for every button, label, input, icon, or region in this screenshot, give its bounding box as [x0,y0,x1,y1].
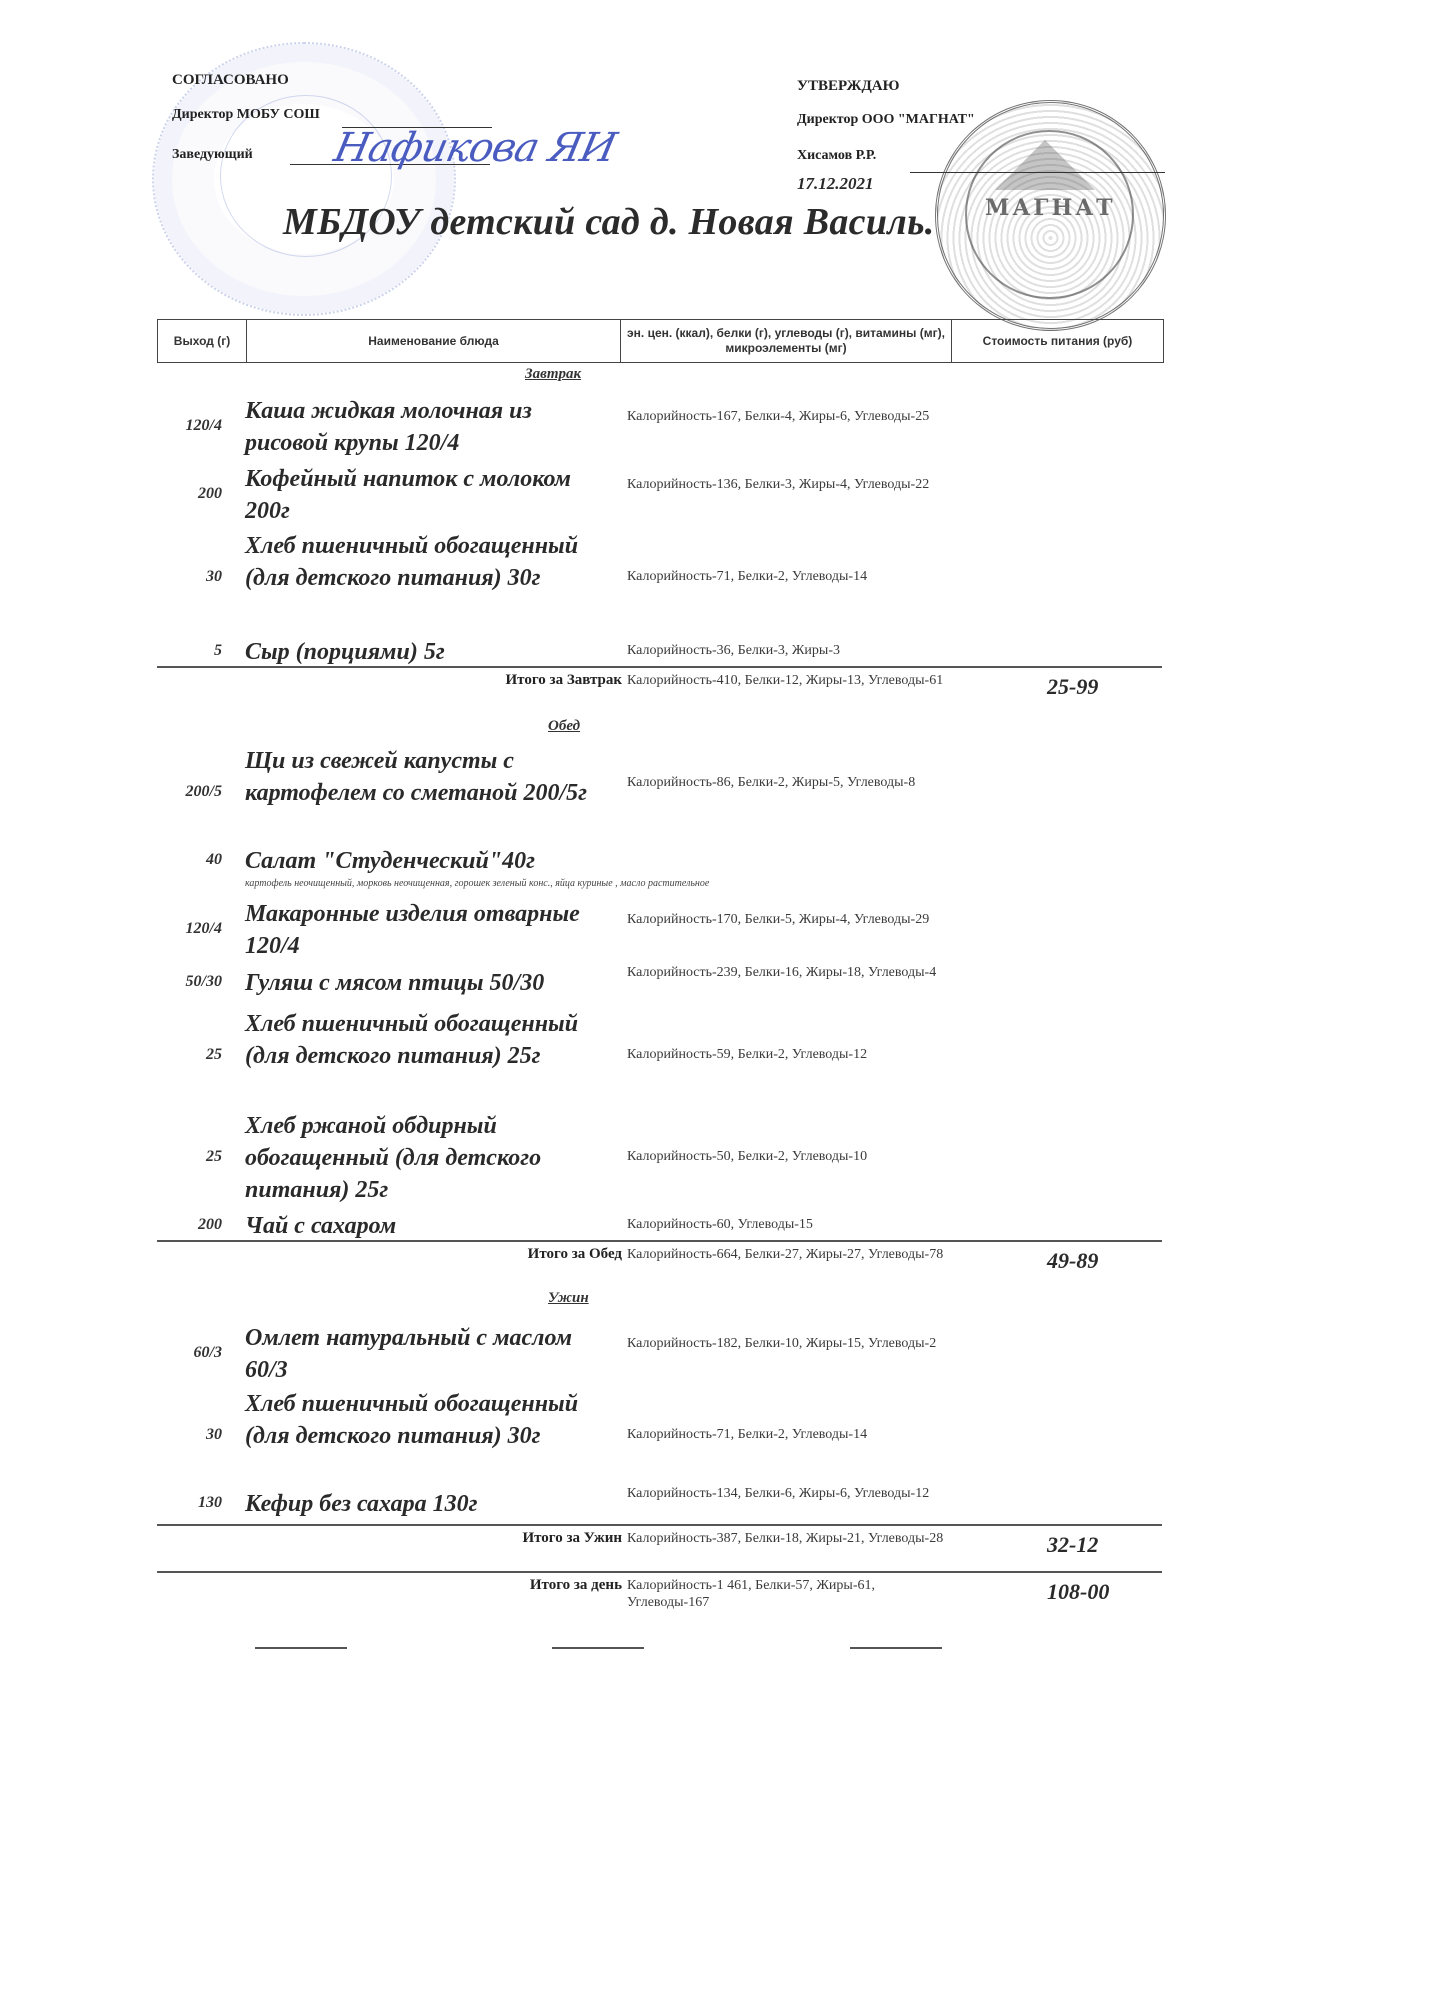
table-row: 30Хлеб пшеничный обогащенный (для детско… [157,530,1162,626]
day-total-row: Итого за деньКалорийность-1 461, Белки-5… [157,1577,1162,1617]
dish-yield: 60/3 [157,1344,222,1362]
section-divider [157,1240,1162,1242]
dish-nutrition: Калорийность-86, Белки-2, Жиры-5, Углево… [627,774,947,791]
dish-ingredients-note: картофель неочищенный, морковь неочищенн… [245,878,709,889]
section-total-nutrition: Калорийность-410, Белки-12, Жиры-13, Угл… [627,672,947,689]
footer-signature-line-3 [850,1647,942,1649]
dish-nutrition: Калорийность-182, Белки-10, Жиры-15, Угл… [627,1335,947,1352]
dish-nutrition: Калорийность-134, Белки-6, Жиры-6, Углев… [627,1485,947,1502]
table-row: 30Хлеб пшеничный обогащенный (для детско… [157,1388,1162,1484]
section-total-label: Итого за Обед [528,1246,622,1263]
section-total-nutrition: Калорийность-387, Белки-18, Жиры-21, Угл… [627,1530,947,1547]
dish-nutrition: Калорийность-50, Белки-2, Углеводы-10 [627,1148,947,1165]
dish-yield: 120/4 [157,920,222,938]
dish-name: Кофейный напиток с молоком 200г [245,463,615,527]
table-header: Выход (г) Наименование блюда эн. цен. (к… [157,319,1164,363]
dish-yield: 200 [157,485,222,503]
section-divider [157,666,1162,668]
handwritten-signature: Нафикова ЯИ [330,125,620,171]
section-total-cost: 32-12 [1047,1532,1098,1558]
section-total-row: Итого за УжинКалорийность-387, Белки-18,… [157,1530,1162,1570]
dish-yield: 40 [157,851,222,869]
section-total-label: Итого за Завтрак [506,672,622,689]
dish-name: Сыр (порциями) 5г [245,636,615,668]
section-total-row: Итого за ЗавтракКалорийность-410, Белки-… [157,672,1162,712]
table-row: 120/4Макаронные изделия отварные 120/4Ка… [157,898,1162,962]
dish-name: Каша жидкая молочная из рисовой крупы 12… [245,395,615,459]
section-divider [157,1524,1162,1526]
approval-right-heading: УТВЕРЖДАЮ [797,78,900,95]
day-total-nutrition: Калорийность-1 461, Белки-57, Жиры-61, У… [627,1577,947,1611]
dish-yield: 200/5 [157,783,222,801]
col-header-cost: Стоимость питания (руб) [952,320,1163,362]
dish-name: Гуляш с мясом птицы 50/30 [245,967,615,999]
table-row: 200Кофейный напиток с молоком 200гКалори… [157,463,1162,527]
table-row: 60/3Омлет натуральный с маслом 60/3Калор… [157,1322,1162,1386]
stamp-mountain-icon [995,140,1095,190]
dish-name: Хлеб пшеничный обогащенный (для детского… [245,1008,615,1072]
dish-name: Кефир без сахара 130г [245,1488,615,1520]
dish-nutrition: Калорийность-167, Белки-4, Жиры-6, Углев… [627,408,947,425]
dish-name: Щи из свежей капусты с картофелем со сме… [245,745,615,809]
dish-name: Чай с сахаром [245,1210,615,1242]
dish-name: Хлеб ржаной обдирный обогащенный (для де… [245,1110,615,1206]
dish-name: Хлеб пшеничный обогащенный (для детского… [245,530,615,594]
table-row: 5Сыр (порциями) 5гКалорийность-36, Белки… [157,636,1162,668]
dish-yield: 30 [157,1426,222,1444]
approval-right-name: Хисамов Р.Р. [797,148,876,164]
dish-yield: 50/30 [157,973,222,991]
dish-yield: 25 [157,1046,222,1064]
dish-name: Омлет натуральный с маслом 60/3 [245,1322,615,1386]
approval-right-position: Директор ООО "МАГНАТ" [797,112,975,128]
section-total-label: Итого за Ужин [522,1530,622,1547]
col-header-nutrition: эн. цен. (ккал), белки (г), углеводы (г)… [621,320,952,362]
dish-yield: 30 [157,568,222,586]
dish-nutrition: Калорийность-71, Белки-2, Углеводы-14 [627,1426,947,1443]
dish-nutrition: Калорийность-170, Белки-5, Жиры-4, Углев… [627,911,947,928]
footer-signature-line-2 [552,1647,644,1649]
approval-date: 17.12.2021 [797,174,874,194]
approval-left-position: Директор МОБУ СОШ [172,107,320,123]
section-title: Обед [548,718,580,735]
table-row: 25Хлеб ржаной обдирный обогащенный (для … [157,1110,1162,1206]
section-total-cost: 49-89 [1047,1248,1098,1274]
day-total-label: Итого за день [530,1577,622,1594]
section-total-cost: 25-99 [1047,674,1098,700]
section-total-row: Итого за ОбедКалорийность-664, Белки-27,… [157,1246,1162,1286]
day-divider [157,1571,1162,1573]
page-title: МБДОУ детский сад д. Новая Василь. [283,200,935,244]
table-row: 200Чай с сахаромКалорийность-60, Углевод… [157,1210,1162,1242]
dish-nutrition: Калорийность-239, Белки-16, Жиры-18, Угл… [627,964,947,981]
section-title: Ужин [548,1290,589,1307]
table-row: 120/4Каша жидкая молочная из рисовой кру… [157,395,1162,459]
footer-signature-line-1 [255,1647,347,1649]
dish-nutrition: Калорийность-59, Белки-2, Углеводы-12 [627,1046,947,1063]
approval-left-heading: СОГЛАСОВАНО [172,72,289,89]
dish-nutrition: Калорийность-136, Белки-3, Жиры-4, Углев… [627,476,947,493]
dish-yield: 5 [157,642,222,660]
table-row: 130Кефир без сахара 130гКалорийность-134… [157,1488,1162,1520]
signature-line-3 [910,172,1165,173]
dish-nutrition: Калорийность-71, Белки-2, Углеводы-14 [627,568,947,585]
table-row: 200/5Щи из свежей капусты с картофелем с… [157,745,1162,841]
section-title: Завтрак [525,366,581,383]
dish-yield: 120/4 [157,417,222,435]
dish-nutrition: Калорийность-60, Углеводы-15 [627,1216,947,1233]
table-row: 40Салат "Студенческий"40г [157,845,1162,877]
dish-nutrition: Калорийность-36, Белки-3, Жиры-3 [627,642,947,659]
col-header-dish: Наименование блюда [247,320,621,362]
day-total-cost: 108-00 [1047,1579,1109,1605]
dish-name: Салат "Студенческий"40г [245,845,615,877]
dish-yield: 200 [157,1216,222,1234]
col-header-yield: Выход (г) [158,320,247,362]
stamp-text: МАГНАТ [985,195,1110,221]
dish-name: Макаронные изделия отварные 120/4 [245,898,615,962]
dish-name: Хлеб пшеничный обогащенный (для детского… [245,1388,615,1452]
table-row: 50/30Гуляш с мясом птицы 50/30Калорийнос… [157,967,1162,999]
dish-yield: 25 [157,1148,222,1166]
approval-left-role: Заведующий [172,147,253,163]
table-row: 25Хлеб пшеничный обогащенный (для детско… [157,1008,1162,1104]
section-total-nutrition: Калорийность-664, Белки-27, Жиры-27, Угл… [627,1246,947,1263]
dish-yield: 130 [157,1494,222,1512]
